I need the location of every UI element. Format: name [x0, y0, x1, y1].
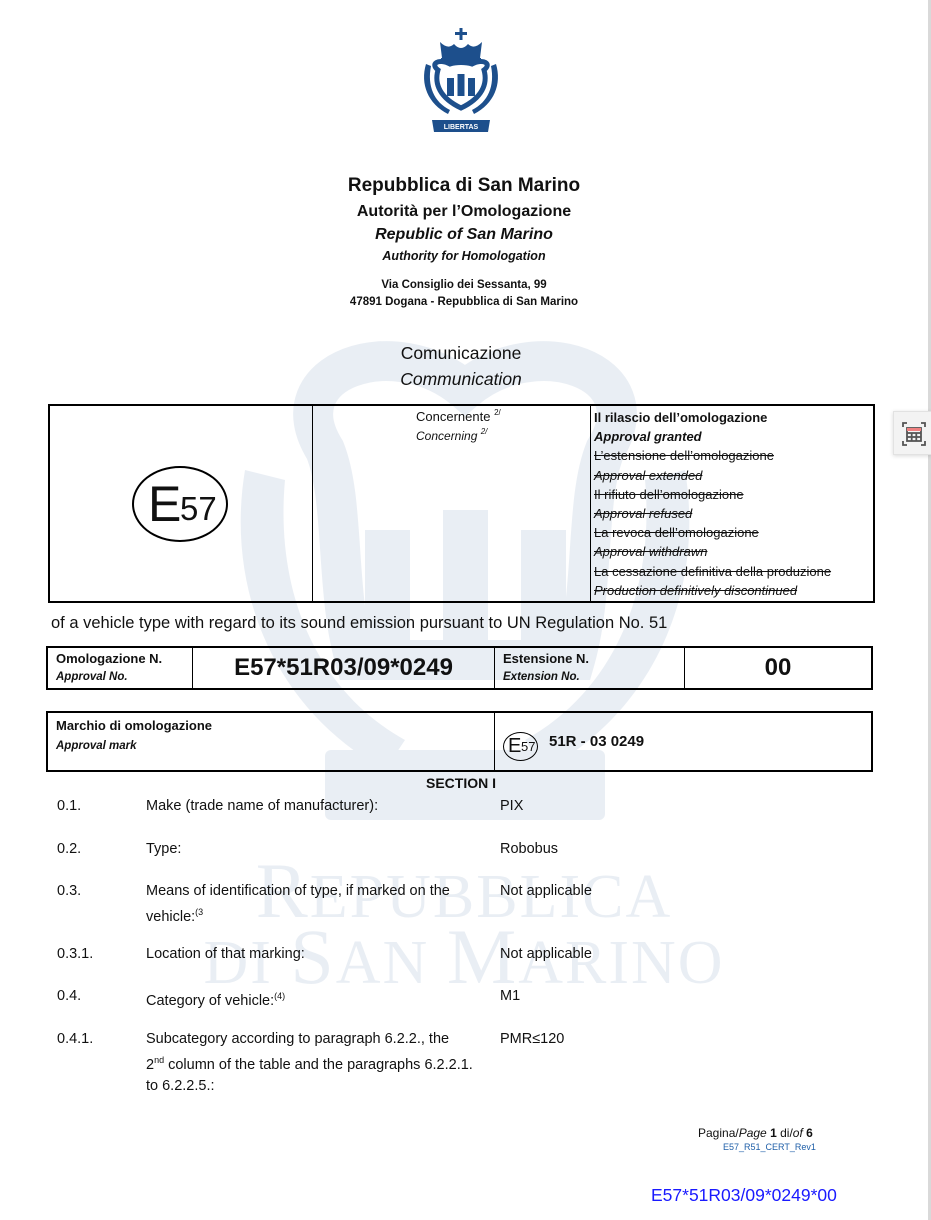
item-number: 0.3.1. — [57, 944, 93, 965]
concerning-label-en: Concerning 2/ — [416, 427, 487, 443]
svg-text:LIBERTAS: LIBERTAS — [444, 124, 479, 131]
concerning-table: E57 Concernente 2/ Concerning 2/ Il rila… — [48, 404, 875, 603]
approval-label-it: Omologazione N. — [56, 651, 162, 666]
item-number: 0.1. — [57, 796, 81, 817]
title-english: Republic of San Marino — [0, 226, 928, 244]
item-description: Location of that marking: — [146, 944, 486, 965]
item-number: 0.4.1. — [57, 1029, 93, 1050]
concerning-cell: Concernente 2/ Concerning 2/ — [313, 406, 591, 601]
extension-label-cell: Estensione N. Extension No. — [495, 648, 685, 688]
extension-label-en: Extension No. — [503, 671, 580, 683]
item-value: M1 — [500, 986, 520, 1007]
approval-label-en: Approval No. — [56, 671, 128, 683]
item-value: PMR≤120 — [500, 1029, 564, 1050]
title-italian: Repubblica di San Marino — [0, 175, 928, 197]
option-granted-en: Approval granted — [594, 427, 873, 446]
extension-label-it: Estensione N. — [503, 651, 589, 666]
extension-number-cell: 00 — [685, 648, 871, 688]
item-description: Means of identification of type, if mark… — [146, 881, 486, 928]
option-refused-it: Il rifiuto dell’omologazione — [594, 485, 873, 504]
approval-mark-label-it: Marchio di omologazione — [56, 718, 212, 733]
option-withdrawn-en: Approval withdrawn — [594, 542, 873, 561]
authority-italian: Autorità per l’Omologazione — [0, 203, 928, 221]
option-discontinued-en: Production definitively discontinued — [594, 581, 873, 600]
extension-number: 00 — [685, 654, 871, 682]
approval-number-cell: E57*51R03/09*0249 — [193, 648, 495, 688]
subject-line: of a vehicle type with regard to its sou… — [51, 614, 667, 633]
communication-title-en: Communication — [0, 369, 922, 390]
approval-mark-code: 51R - 03 0249 — [549, 733, 644, 750]
certificate-code: E57*51R03/09*0249*00 — [651, 1185, 837, 1206]
option-granted-it: Il rilascio dell’omologazione — [594, 408, 873, 427]
approval-label-cell: Omologazione N. Approval No. — [48, 648, 193, 688]
address-line2: 47891 Dogana - Repubblica di San Marino — [0, 296, 928, 308]
page-indicator: Pagina/Page 1 di/of 6 — [698, 1126, 813, 1140]
item-number: 0.3. — [57, 881, 81, 902]
approval-number: E57*51R03/09*0249 — [193, 654, 494, 682]
item-value: Not applicable — [500, 881, 592, 902]
approval-mark-cell: E57 — [50, 406, 313, 601]
communication-title-it: Comunicazione — [0, 343, 922, 364]
item-number: 0.4. — [57, 986, 81, 1007]
document-reference: E57_R51_CERT_Rev1 — [723, 1142, 816, 1152]
item-number: 0.2. — [57, 839, 81, 860]
approval-mark-label-en: Approval mark — [56, 740, 137, 752]
item-description: Type: — [146, 839, 486, 860]
item-description: Make (trade name of manufacturer): — [146, 796, 486, 817]
option-extended-it: L’estensione dell’omologazione — [594, 446, 873, 465]
e57-mark-icon: E57 — [132, 466, 228, 542]
item-value: Robobus — [500, 839, 558, 860]
item-value: PIX — [500, 796, 523, 817]
authority-english: Authority for Homologation — [0, 249, 928, 263]
e57-small-mark-icon: E57 — [503, 732, 538, 761]
concerning-label-it: Concernente 2/ — [416, 408, 501, 424]
option-refused-en: Approval refused — [594, 504, 873, 523]
option-extended-en: Approval extended — [594, 466, 873, 485]
option-withdrawn-it: La revoca dell’omologazione — [594, 523, 873, 542]
table-extract-button[interactable] — [893, 411, 931, 455]
document-page: REPUBBLICA DI SAN MARINO LIBERTAS Repubb… — [0, 0, 928, 1220]
approval-mark-value-cell: E57 51R - 03 0249 — [495, 713, 871, 770]
table-scan-icon — [902, 422, 926, 446]
approval-status-options: Il rilascio dell’omologazione Approval g… — [592, 406, 873, 601]
approval-mark-label-cell: Marchio di omologazione Approval mark — [48, 713, 495, 770]
item-description: Category of vehicle:(4) — [146, 986, 486, 1012]
address-line1: Via Consiglio dei Sessanta, 99 — [0, 279, 928, 291]
item-description: Subcategory according to paragraph 6.2.2… — [146, 1029, 486, 1097]
option-discontinued-it: La cessazione definitiva della produzion… — [594, 562, 873, 581]
approval-mark-table: Marchio di omologazione Approval mark E5… — [46, 711, 873, 772]
san-marino-coat-of-arms-logo: LIBERTAS — [418, 28, 504, 138]
approval-number-table: Omologazione N. Approval No. E57*51R03/0… — [46, 646, 873, 690]
item-value: Not applicable — [500, 944, 592, 965]
section-title: SECTION I — [0, 775, 922, 791]
